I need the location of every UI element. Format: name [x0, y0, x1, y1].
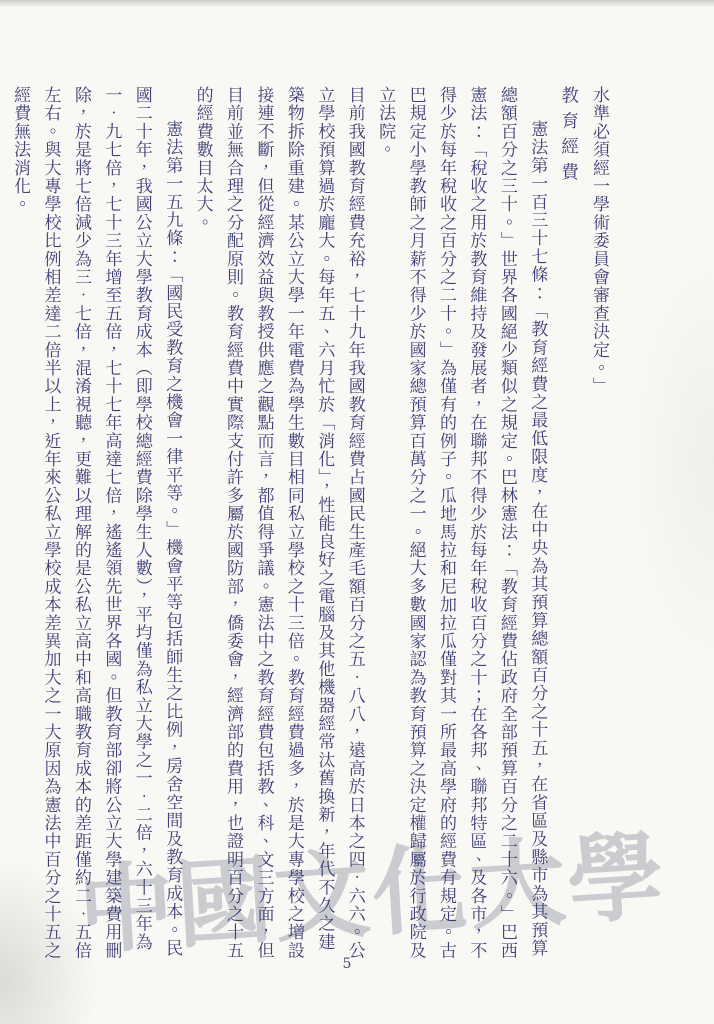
body-text: 水準必須經一學術委員會審查決定。」 教育經費 憲法第一百三十七條：「教育經費之最… — [5, 86, 614, 964]
section-heading: 教育經費 — [552, 86, 583, 964]
paragraph: 目前我國教育經費充裕，七十九年我國教育經費占國民生產毛額百分之五．八八，遠高於日… — [187, 86, 370, 964]
paragraph: 憲法第一五九條：「國民受教育之機會一律平等。」機會平等包括師生之比例，房舍空間及… — [5, 86, 188, 964]
document-page: 中國文化大學 水準必須經一學術委員會審查決定。」 教育經費 憲法第一百三十七條：… — [0, 0, 714, 1024]
page-number: 5 — [0, 956, 694, 972]
paragraph: 憲法第一百三十七條：「教育經費之最低限度，在中央為其預算總額百分之十五，在省區及… — [370, 86, 553, 964]
paragraph-continuation: 水準必須經一學術委員會審查決定。」 — [584, 86, 614, 964]
